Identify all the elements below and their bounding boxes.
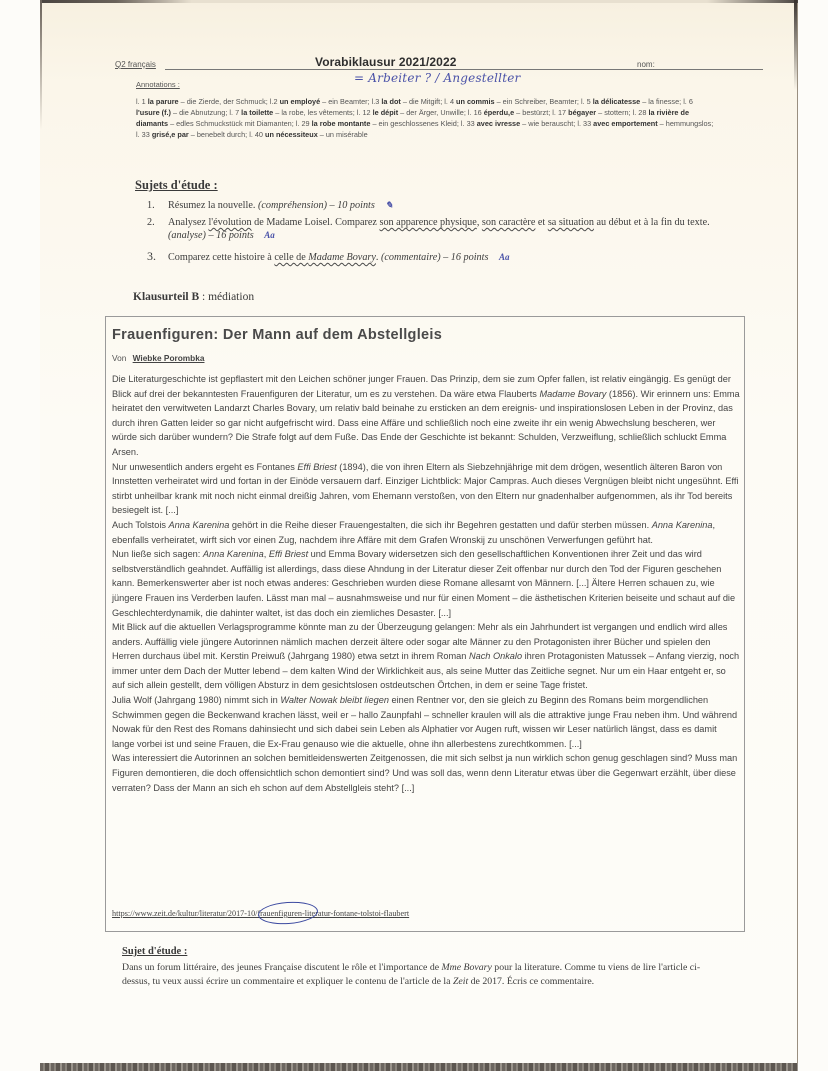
course-label: Q2 français [115, 60, 156, 69]
sujet-text-part: de 2017. Écris ce commentaire. [468, 976, 594, 987]
pen-mark-icon: Aa [264, 230, 275, 240]
glossary-entry: l. 33 avec ivresse – wie berauscht; [461, 119, 577, 128]
question-points: – 10 points [330, 200, 375, 211]
question-type: (compréhension) [258, 200, 327, 211]
article-paragraph: Auch Tolstois Anna Karenina gehört in di… [112, 518, 740, 547]
book-title: Mme Bovary [442, 962, 492, 973]
glossary-entry: l. 5 la délicatesse – la finesse; [581, 97, 683, 106]
part-b-type: : médiation [199, 291, 254, 303]
annotations-glossary: l. 1 la parure – die Zierde, der Schmuck… [136, 96, 716, 140]
part-b-heading: Klausurteil B : médiation [133, 291, 254, 303]
question-text: Comparez cette histoire à [168, 252, 274, 263]
underlined-phrase: celle de [274, 252, 308, 263]
question-points: – 16 points [208, 230, 253, 241]
question-number: 1. [147, 199, 155, 212]
question-text: de Madame Loisel. Comparez [252, 217, 380, 228]
handwritten-note: = Arbeiter ? / Angestellter [354, 71, 520, 85]
byline-prefix: Von [112, 353, 126, 363]
underlined-phrase: son caractère [482, 217, 535, 228]
newspaper-title: Zeit [453, 976, 468, 987]
name-label: nom: [637, 60, 655, 69]
glossary-entry: l. 33 grisé,e par – benebelt durch; [136, 130, 249, 139]
glossary-entry: l. 33 avec emportement – hemmungslos; [577, 119, 713, 128]
article-paragraph: Nun ließe sich sagen: Anna Karenina, Eff… [112, 547, 740, 620]
question-number: 3. [147, 250, 156, 263]
question-text: au début et à la fin du texte. [594, 217, 710, 228]
glossary-entry: l. 16 éperdu,e – bestürzt; [468, 108, 552, 117]
glossary-entry: l.3 la dot – die Mitgift; [372, 97, 445, 106]
glossary-entry: l. 40 un nécessiteux – un misérable [249, 130, 367, 139]
article-author: Wiebke Porombka [133, 353, 205, 363]
glossary-entry: l. 7 la toilette – la robe, les vêtement… [229, 108, 356, 117]
article-paragraph: Nur unwesentlich anders ergeht es Fontan… [112, 460, 740, 518]
part-b-label: Klausurteil B [133, 291, 199, 303]
paper-right-edge [794, 0, 797, 90]
annotations-label: Annotations : [136, 80, 180, 89]
pen-mark-icon: Aa [499, 252, 510, 262]
question-points: – 16 points [443, 252, 488, 263]
underlined-phrase: sa situation [548, 217, 594, 228]
article-paragraph: Mit Blick auf die aktuellen Verlagsprogr… [112, 620, 740, 693]
article-paragraph: Julia Wolf (Jahrgang 1980) nimmt sich in… [112, 693, 740, 751]
pen-mark-icon: ✎ [385, 200, 393, 210]
article-paragraph: Was interessiert die Autorinnen an solch… [112, 751, 740, 795]
question-type: (analyse) [168, 230, 206, 241]
article-title: Frauenfiguren: Der Mann auf dem Abstellg… [112, 327, 442, 343]
paper-left-edge [40, 0, 42, 130]
question-number: 2. [147, 216, 155, 229]
table-surface-strip [40, 1063, 798, 1071]
sujets-heading: Sujets d'étude : [135, 178, 218, 193]
exam-title: Vorabiklausur 2021/2022 [315, 55, 457, 69]
exam-header: Q2 français Vorabiklausur 2021/2022 nom: [115, 57, 713, 71]
glossary-entry: l. 1 la parure – die Zierde, der Schmuck… [136, 97, 270, 106]
article-body: Die Literaturgeschichte ist gepflastert … [112, 372, 740, 795]
underlined-phrase: son apparence physique [379, 217, 476, 228]
header-rule [165, 69, 763, 70]
article-paragraph: Die Literaturgeschichte ist gepflastert … [112, 372, 740, 460]
glossary-entry: l. 4 un commis – ein Schreiber, Beamter; [444, 97, 581, 106]
glossary-entry: l.2 un employé – ein Beamter; [270, 97, 372, 106]
glossary-entry: l. 17 bégayer – stottern; [552, 108, 632, 117]
article-byline: Von Wiebke Porombka [112, 353, 204, 363]
question-text: Résumez la nouvelle. [168, 200, 255, 211]
glossary-entry: l. 29 la robe montante – ein geschlossen… [296, 119, 461, 128]
glossary-entry: l. 12 le dépit – der Ärger, Unwille; [357, 108, 468, 117]
book-title: Madame Bovary [308, 252, 376, 263]
sujet-heading: Sujet d'étude : [122, 946, 187, 957]
underlined-phrase: l'évolution [208, 217, 251, 228]
paper-top-edge [40, 0, 798, 3]
question-text: et [535, 217, 547, 228]
sujet-text-part: Dans un forum littéraire, des jeunes Fra… [122, 962, 442, 973]
sujet-text: Dans un forum littéraire, des jeunes Fra… [122, 961, 722, 988]
question-type: (commentaire) [381, 252, 441, 263]
question-text: Analysez [168, 217, 208, 228]
